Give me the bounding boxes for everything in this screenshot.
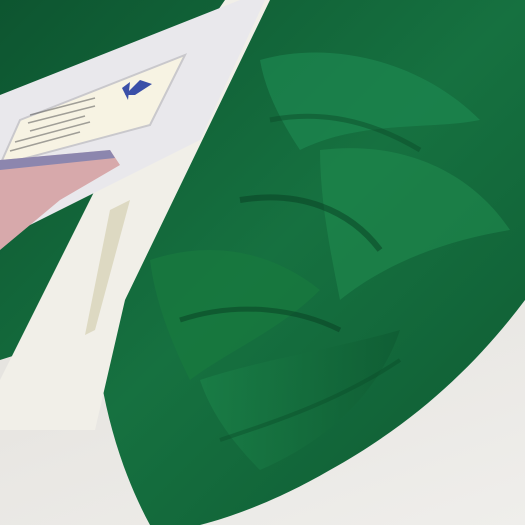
fabric-photo xyxy=(0,0,525,525)
swatch-card xyxy=(0,0,525,525)
